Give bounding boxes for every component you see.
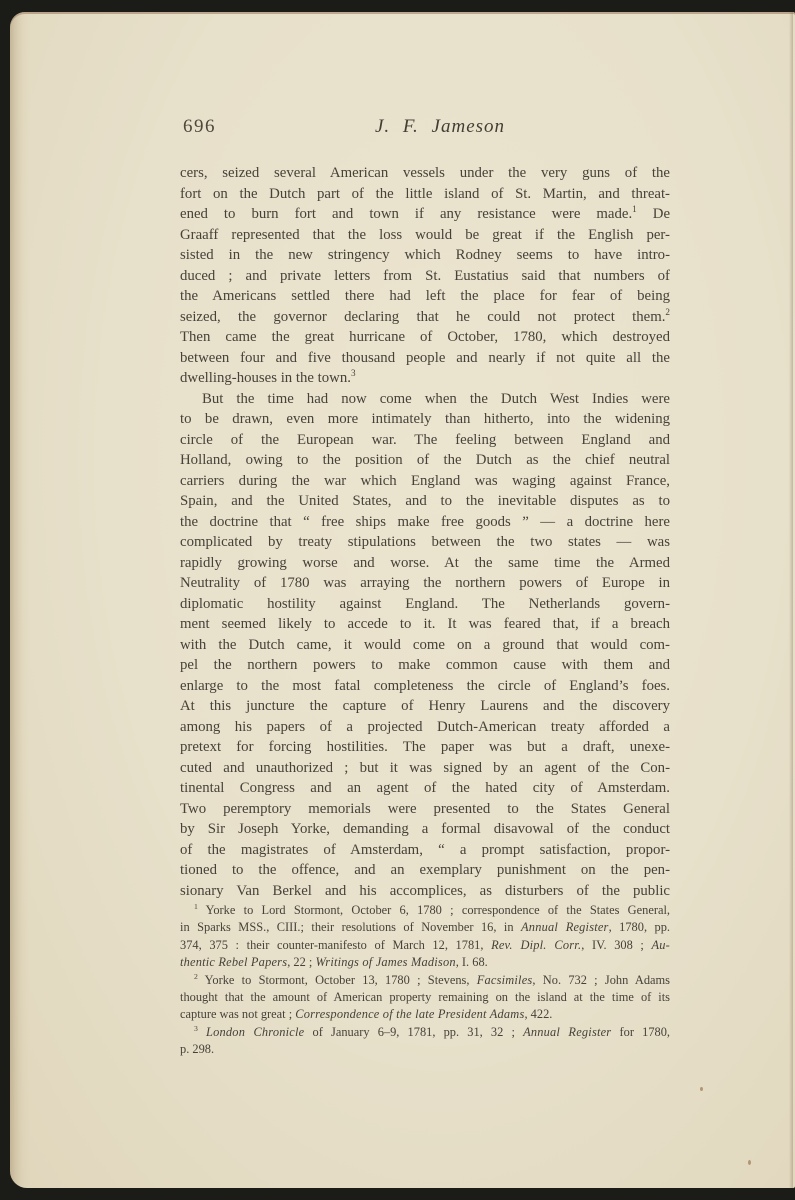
body-line: Two peremptory memorials were presented … — [180, 799, 670, 820]
body-line: between four and five thousand people an… — [180, 348, 670, 369]
page-header: 696 J. F. Jameson — [180, 116, 670, 144]
body-line: the Americans settled there had left the… — [180, 286, 670, 307]
body-line: ment seemed likely to accede to it. It w… — [180, 614, 670, 635]
body-line: to be drawn, even more intimately than h… — [180, 409, 670, 430]
footnote-line: thentic Rebel Papers, 22 ; Writings of J… — [180, 954, 670, 971]
body-line: carriers during the war which England wa… — [180, 471, 670, 492]
body-line: of the magistrates of Amsterdam, “ a pro… — [180, 840, 670, 861]
footnote-line: 374, 375 : their counter-manifesto of Ma… — [180, 937, 670, 954]
body-line: tinental Congress and an agent of the ha… — [180, 778, 670, 799]
footnotes: 1 Yorke to Lord Stormont, October 6, 178… — [180, 902, 670, 1059]
body-line: diplomatic hostility against England. Th… — [180, 594, 670, 615]
body-line: complicated by treaty stipulations betwe… — [180, 532, 670, 553]
body-line: rapidly growing worse and worse. At the … — [180, 553, 670, 574]
footnote-line: 3 London Chronicle of January 6–9, 1781,… — [180, 1024, 670, 1041]
body-line: with the Dutch came, it would come on a … — [180, 635, 670, 656]
page-speck — [748, 1160, 751, 1165]
body-line: among his papers of a projected Dutch-Am… — [180, 717, 670, 738]
body-line: enlarge to the most fatal completeness t… — [180, 676, 670, 697]
body-line: Holland, owing to the position of the Du… — [180, 450, 670, 471]
page-number: 696 — [183, 116, 216, 138]
body-line: Neutrality of 1780 was arraying the nort… — [180, 573, 670, 594]
paragraph: cers, seized several American vessels un… — [180, 163, 670, 389]
body-line: the doctrine that “ free ships make free… — [180, 512, 670, 533]
page-edge — [10, 12, 30, 1188]
body-line: cuted and unauthorized ; but it was sign… — [180, 758, 670, 779]
body-line: At this juncture the capture of Henry La… — [180, 696, 670, 717]
body-line: Then came the great hurricane of October… — [180, 327, 670, 348]
page-content: 696 J. F. Jameson cers, seized several A… — [180, 12, 670, 1059]
footnote: 3 London Chronicle of January 6–9, 1781,… — [180, 1024, 670, 1059]
book-page: 696 J. F. Jameson cers, seized several A… — [10, 12, 795, 1188]
footnote-line: 2 Yorke to Stormont, October 13, 1780 ; … — [180, 972, 670, 989]
paragraph: But the time had now come when the Dutch… — [180, 389, 670, 902]
footnote-line: p. 298. — [180, 1041, 670, 1058]
footnote: 1 Yorke to Lord Stormont, October 6, 178… — [180, 902, 670, 972]
body-line: pretext for forcing hostilities. The pap… — [180, 737, 670, 758]
footnote-line: 1 Yorke to Lord Stormont, October 6, 178… — [180, 902, 670, 919]
body-line: fort on the Dutch part of the little isl… — [180, 184, 670, 205]
body-line: seized, the governor declaring that he c… — [180, 307, 670, 328]
body-line: cers, seized several American vessels un… — [180, 163, 670, 184]
footnote-line: capture was not great ; Correspondence o… — [180, 1006, 670, 1023]
footnote: 2 Yorke to Stormont, October 13, 1780 ; … — [180, 972, 670, 1024]
page-speck — [700, 1087, 703, 1091]
body-line: circle of the European war. The feeling … — [180, 430, 670, 451]
page-gutter-crease — [789, 12, 793, 1188]
body-line: tioned to the offence, and an exemplary … — [180, 860, 670, 881]
body-line: pel the northern powers to make common c… — [180, 655, 670, 676]
body-line: Spain, and the United States, and to the… — [180, 491, 670, 512]
body-line: sisted in the new stringency which Rodne… — [180, 245, 670, 266]
book-page-scan: 696 J. F. Jameson cers, seized several A… — [0, 0, 795, 1200]
running-head: J. F. Jameson — [180, 116, 670, 138]
body-line: ened to burn fort and town if any resist… — [180, 204, 670, 225]
body-line: sionary Van Berkel and his accomplices, … — [180, 881, 670, 902]
body-line: duced ; and private letters from St. Eus… — [180, 266, 670, 287]
body-line: But the time had now come when the Dutch… — [180, 389, 670, 410]
footnote-line: thought that the amount of American prop… — [180, 989, 670, 1006]
body-text: cers, seized several American vessels un… — [180, 163, 670, 901]
body-line: by Sir Joseph Yorke, demanding a formal … — [180, 819, 670, 840]
body-line: dwelling-houses in the town.3 — [180, 368, 670, 389]
body-line: Graaff represented that the loss would b… — [180, 225, 670, 246]
footnote-line: in Sparks MSS., CIII.; their resolutions… — [180, 919, 670, 936]
